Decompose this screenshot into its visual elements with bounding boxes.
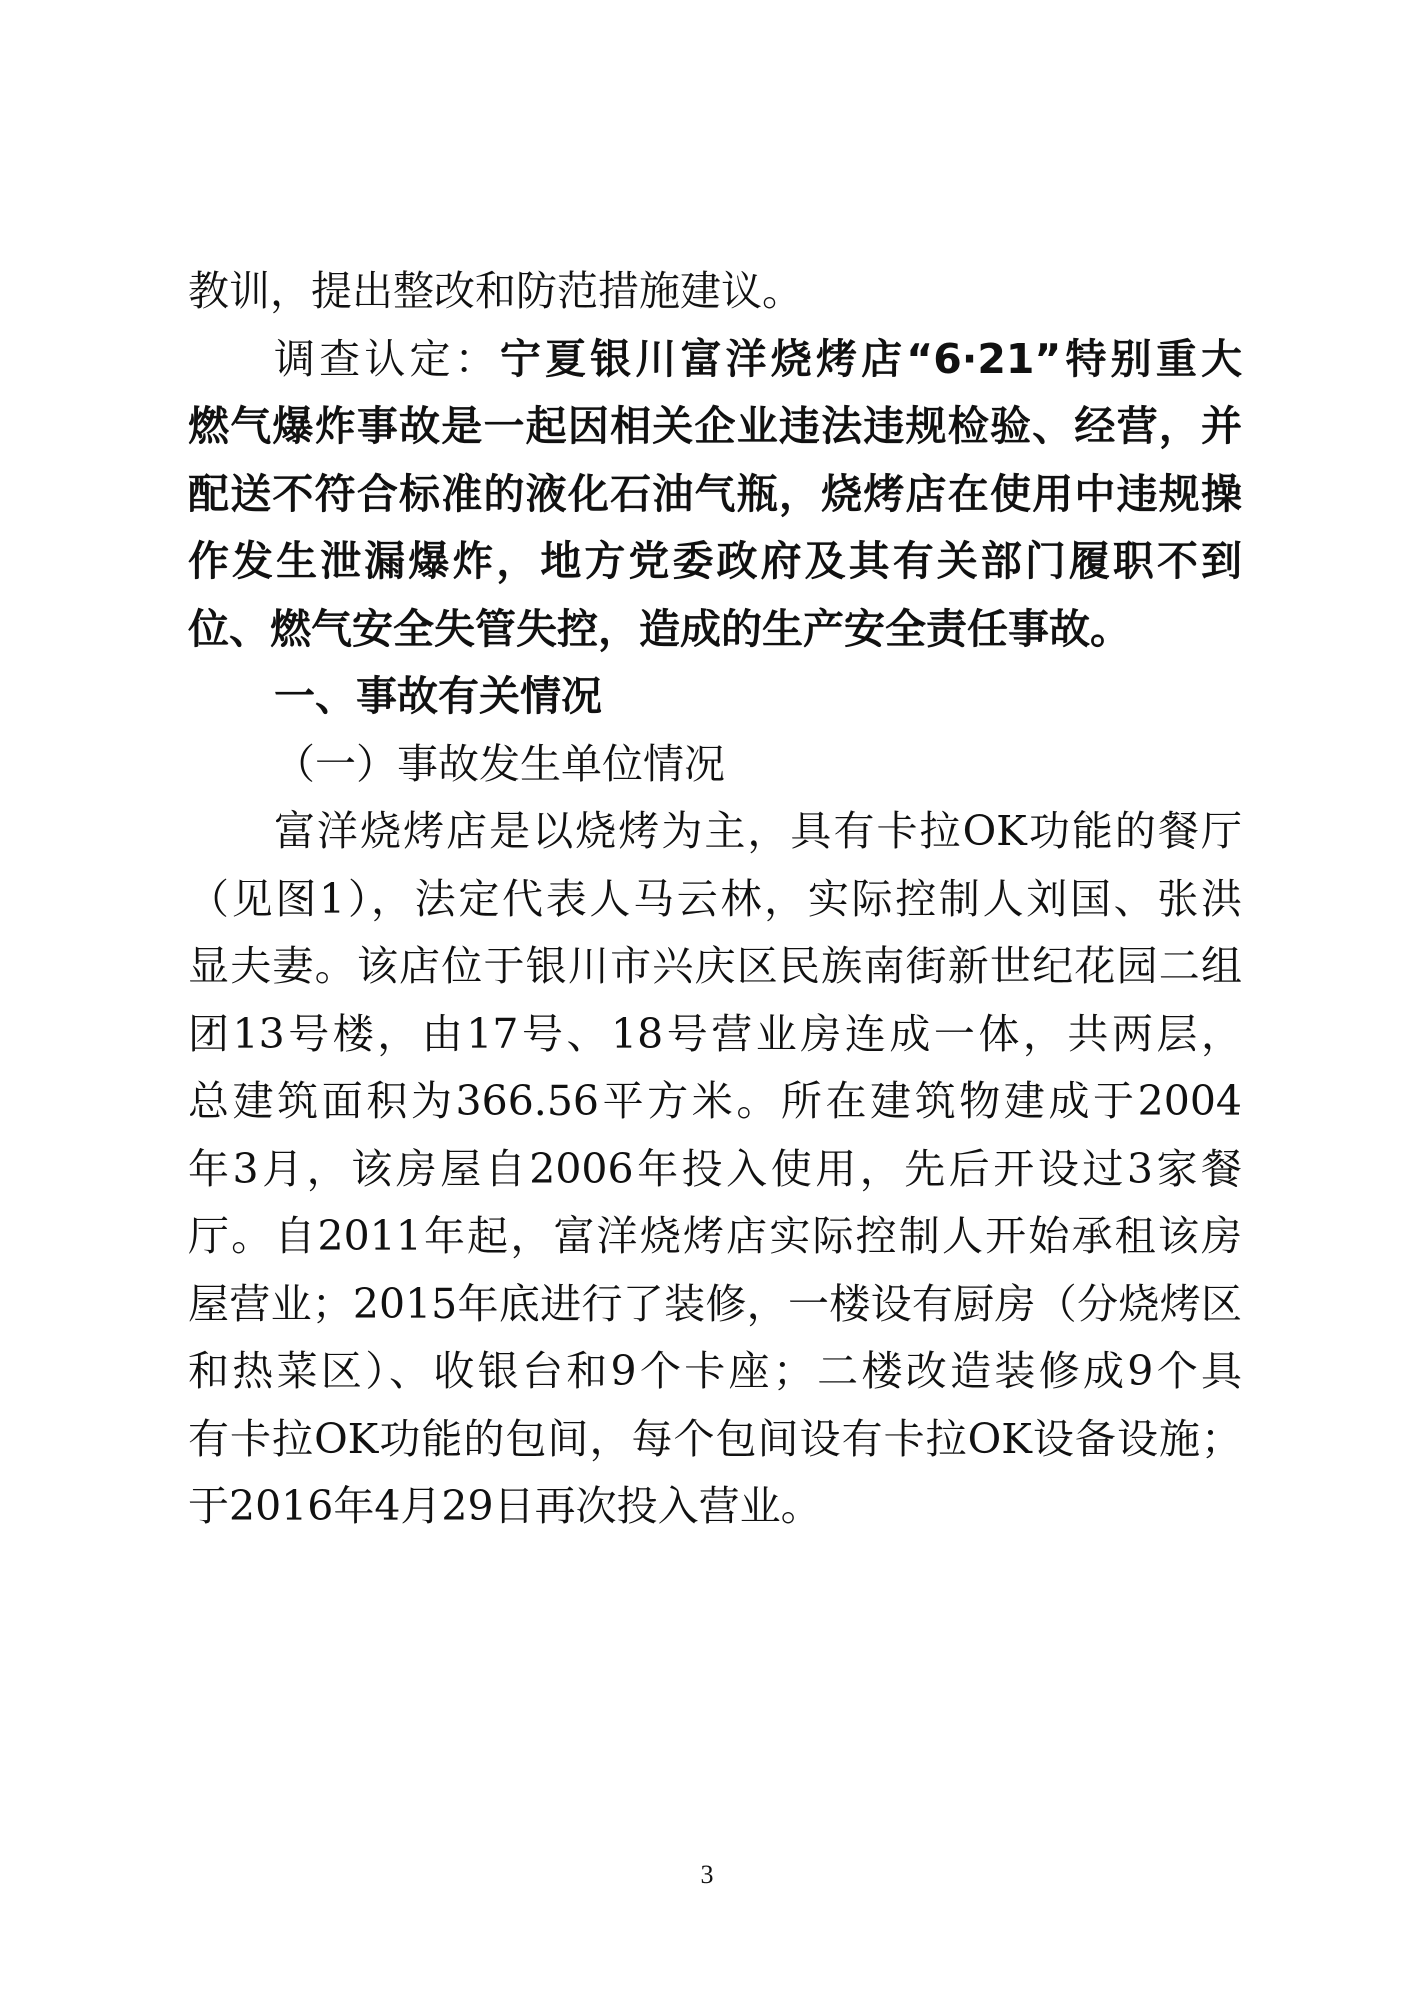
paragraph-line: 富洋烧烤店是以烧烤为主，具有卡拉OK功能的餐厅 [188, 798, 1242, 866]
paragraph-line: 屋营业；2015年底进行了装修，一楼设有厨房（分烧烤区 [188, 1271, 1242, 1339]
section-heading: 一、事故有关情况 [188, 663, 1242, 731]
paragraph-line: 年3月，该房屋自2006年投入使用，先后开设过3家餐 [188, 1136, 1242, 1204]
page-number: 3 [0, 1860, 1414, 1890]
document-body: 教训，提出整改和防范措施建议。 调查认定：宁夏银川富洋烧烤店“6·21”特别重大… [188, 258, 1242, 1541]
paragraph-line: 总建筑面积为366.56平方米。所在建筑物建成于2004 [188, 1068, 1242, 1136]
paragraph-line: 团13号楼，由17号、18号营业房连成一体，共两层， [188, 1001, 1242, 1069]
conclusion-line: 调查认定：宁夏银川富洋烧烤店“6·21”特别重大 [188, 326, 1242, 394]
conclusion-line: 作发生泄漏爆炸，地方党委政府及其有关部门履职不到 [188, 528, 1242, 596]
paragraph-line: 教训，提出整改和防范措施建议。 [188, 258, 1242, 326]
paragraph-line: 显夫妻。该店位于银川市兴庆区民族南街新世纪花园二组 [188, 933, 1242, 1001]
paragraph-line: 和热菜区）、收银台和9个卡座；二楼改造装修成9个具 [188, 1338, 1242, 1406]
paragraph-line: （见图1），法定代表人马云林，实际控制人刘国、张洪 [188, 866, 1242, 934]
conclusion-line: 位、燃气安全失管失控，造成的生产安全责任事故。 [188, 596, 1242, 664]
subsection-heading: （一）事故发生单位情况 [188, 731, 1242, 799]
paragraph-line: 有卡拉OK功能的包间，每个包间设有卡拉OK设备设施； [188, 1406, 1242, 1474]
conclusion-text: 宁夏银川富洋烧烤店“6·21”特别重大 [500, 335, 1242, 383]
paragraph-line: 于2016年4月29日再次投入营业。 [188, 1473, 1242, 1541]
conclusion-line: 配送不符合标准的液化石油气瓶，烧烤店在使用中违规操 [188, 461, 1242, 529]
conclusion-lead: 调查认定： [274, 335, 500, 383]
conclusion-line: 燃气爆炸事故是一起因相关企业违法违规检验、经营，并 [188, 393, 1242, 461]
paragraph-line: 厅。自2011年起，富洋烧烤店实际控制人开始承租该房 [188, 1203, 1242, 1271]
